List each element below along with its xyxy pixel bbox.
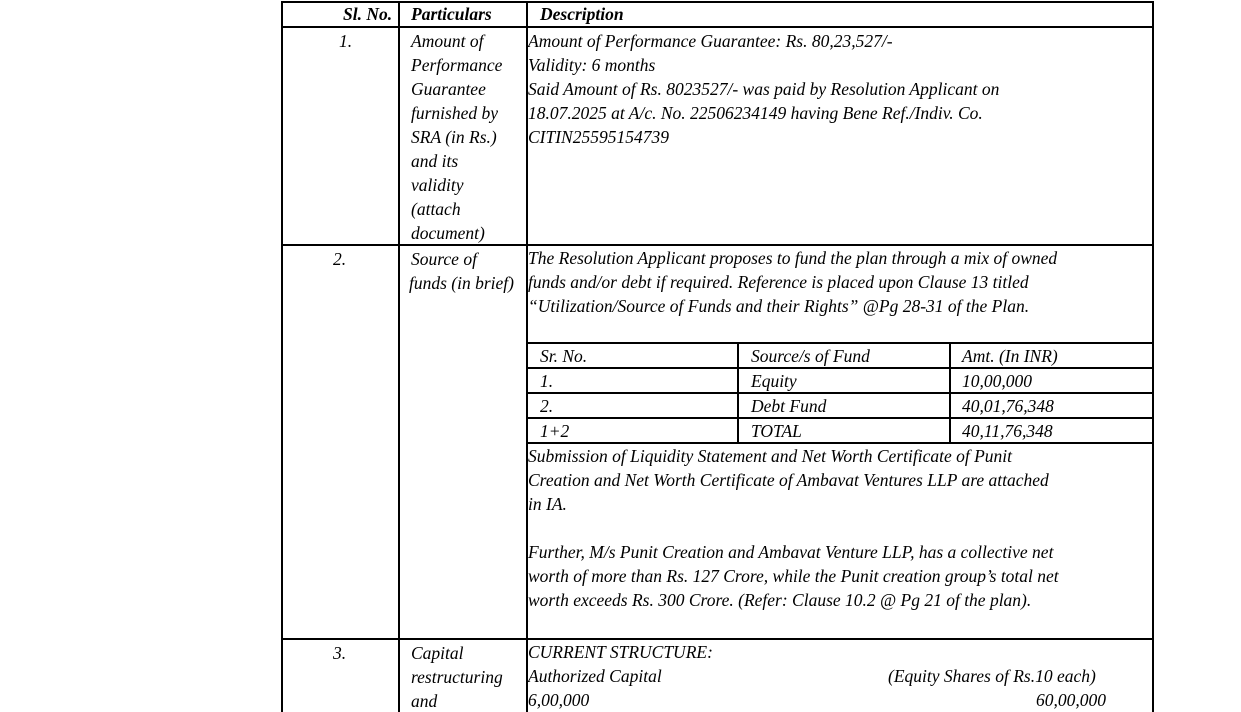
description-line — [528, 516, 1059, 540]
header-particulars: Particulars — [411, 2, 492, 26]
table-border-right — [1152, 1, 1154, 712]
particulars-line: validity — [411, 173, 502, 197]
funds-table-divider — [526, 392, 1154, 394]
column-divider-1 — [398, 1, 400, 712]
description-line: funds and/or debt if required. Reference… — [528, 270, 1057, 294]
table-border-left — [281, 1, 283, 712]
funds-cell: 1+2 — [540, 419, 569, 443]
particulars-line: document) — [411, 221, 502, 245]
row1-sl-no: 1. — [339, 29, 352, 53]
particulars-line: Performance — [411, 53, 502, 77]
description-line: in IA. — [528, 492, 1059, 516]
particulars-line: funds (in brief) — [409, 271, 514, 295]
header-row-divider — [281, 26, 1154, 28]
funds-cell: 10,00,000 — [962, 369, 1032, 393]
header-description: Description — [540, 2, 624, 26]
authorized-capital-label: Authorized Capital — [528, 664, 662, 688]
description-line: worth of more than Rs. 127 Crore, while … — [528, 564, 1059, 588]
funds-cell: 2. — [540, 394, 553, 418]
row2-particulars: Source of funds (in brief) — [409, 247, 514, 295]
header-sl-no: Sl. No. — [343, 2, 392, 26]
row2-divider — [281, 638, 1154, 640]
funds-header-amount: Amt. (In INR) — [962, 344, 1058, 368]
funds-cell: TOTAL — [751, 419, 802, 443]
particulars-line: restructuring — [411, 665, 503, 689]
funds-header-sr-no: Sr. No. — [540, 344, 587, 368]
authorized-capital-note: (Equity Shares of Rs.10 each) — [888, 664, 1096, 688]
particulars-line: Capital — [411, 641, 503, 665]
particulars-line: Amount of — [411, 29, 502, 53]
funds-table-divider — [526, 417, 1154, 419]
description-line: 18.07.2025 at A/c. No. 22506234149 havin… — [528, 101, 999, 125]
particulars-line: Source of — [409, 247, 514, 271]
description-line: Further, M/s Punit Creation and Ambavat … — [528, 540, 1059, 564]
particulars-line: Guarantee — [411, 77, 502, 101]
description-line: Amount of Performance Guarantee: Rs. 80,… — [528, 29, 999, 53]
description-line: worth exceeds Rs. 300 Crore. (Refer: Cla… — [528, 588, 1059, 612]
row2-sl-no: 2. — [333, 247, 346, 271]
funds-cell: 40,01,76,348 — [962, 394, 1054, 418]
funds-column-divider-2 — [949, 342, 951, 444]
authorized-amount: 60,00,000 — [1036, 688, 1106, 712]
description-line: Submission of Liquidity Statement and Ne… — [528, 444, 1059, 468]
particulars-line: (attach — [411, 197, 502, 221]
funds-cell: 1. — [540, 369, 553, 393]
row3-particulars: Capital restructuring and — [411, 641, 503, 712]
particulars-line: furnished by — [411, 101, 502, 125]
current-structure-heading: CURRENT STRUCTURE: — [528, 640, 713, 664]
authorized-shares: 6,00,000 — [528, 688, 589, 712]
description-line: Said Amount of Rs. 8023527/- was paid by… — [528, 77, 999, 101]
particulars-line: and — [411, 689, 503, 712]
description-line: The Resolution Applicant proposes to fun… — [528, 246, 1057, 270]
description-line: Creation and Net Worth Certificate of Am… — [528, 468, 1059, 492]
particulars-line: SRA (in Rs.) — [411, 125, 502, 149]
row1-description: Amount of Performance Guarantee: Rs. 80,… — [528, 29, 999, 149]
row2-description-after: Submission of Liquidity Statement and Ne… — [528, 444, 1059, 612]
description-line: Validity: 6 months — [528, 53, 999, 77]
funds-cell: Debt Fund — [751, 394, 826, 418]
row2-description-intro: The Resolution Applicant proposes to fun… — [528, 246, 1057, 318]
funds-header-source: Source/s of Fund — [751, 344, 870, 368]
funds-column-divider-1 — [737, 342, 739, 444]
description-line: “Utilization/Source of Funds and their R… — [528, 294, 1057, 318]
funds-cell: 40,11,76,348 — [962, 419, 1053, 443]
description-line: CITIN25595154739 — [528, 125, 999, 149]
row3-sl-no: 3. — [333, 641, 346, 665]
row1-particulars: Amount of Performance Guarantee furnishe… — [411, 29, 502, 245]
funds-cell: Equity — [751, 369, 797, 393]
particulars-line: and its — [411, 149, 502, 173]
